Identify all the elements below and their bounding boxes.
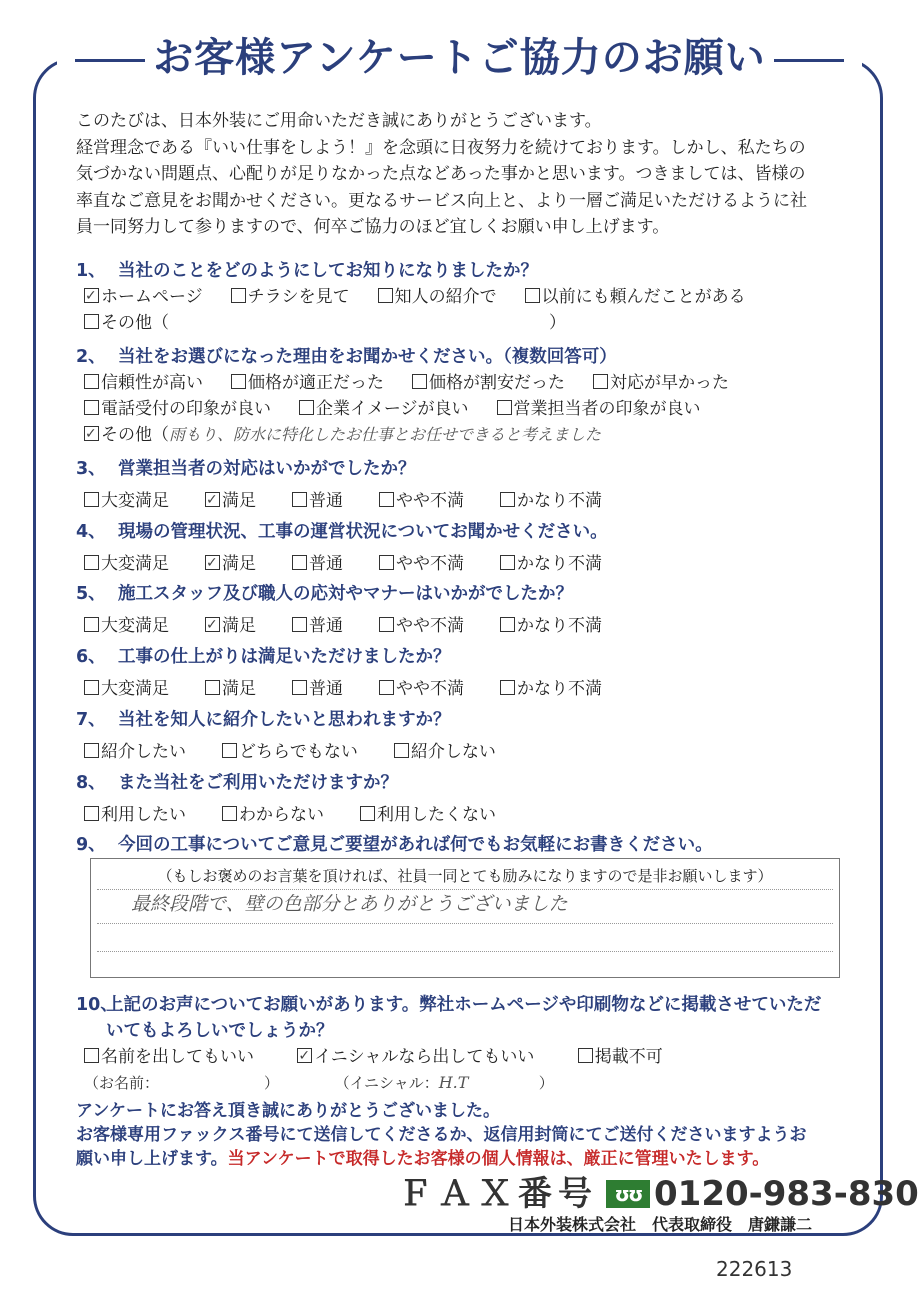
checkbox[interactable]: [379, 492, 394, 507]
comment-handwritten: 最終段階で、壁の色部分とありがとうございました: [131, 889, 568, 916]
options-row: 大変満足満足普通やや不満かなり不満: [76, 670, 866, 702]
fax-number: ＦＡＸ番号ʊʊ0120-983-830: [398, 1166, 919, 1215]
name-label: （お名前：: [84, 1074, 159, 1092]
checkbox[interactable]: [205, 680, 220, 695]
checkbox[interactable]: [84, 374, 99, 389]
option[interactable]: 満足: [205, 551, 256, 577]
option[interactable]: 普通: [292, 613, 343, 639]
options-row: 利用したいわからない利用したくない: [76, 796, 866, 828]
initial-field[interactable]: H.T: [439, 1070, 539, 1096]
question-5: 5、施工スタッフ及び職人の応対やマナーはいかがでしたか？大変満足満足普通やや不満…: [76, 581, 866, 639]
comment-line: [97, 923, 833, 924]
checkbox[interactable]: [84, 492, 99, 507]
option[interactable]: 普通: [292, 488, 343, 514]
options-row: その他（雨もり、防水に特化したお仕事とお任せできると考えました: [76, 422, 866, 448]
checkbox[interactable]: [412, 374, 427, 389]
option[interactable]: 満足: [205, 488, 256, 514]
company-signature: 日本外装株式会社 代表取締役 唐鎌謙二: [508, 1212, 812, 1235]
option[interactable]: チラシを見て: [231, 284, 350, 310]
options-row: 大変満足満足普通やや不満かなり不満: [76, 482, 866, 514]
option[interactable]: 紹介しない: [394, 739, 496, 765]
fax-phone[interactable]: 0120-983-830: [654, 1174, 919, 1214]
option[interactable]: 大変満足: [84, 676, 169, 702]
initial-label: （イニシャル：: [335, 1074, 439, 1092]
checkbox[interactable]: [222, 743, 237, 758]
option[interactable]: やや不満: [379, 613, 464, 639]
checkbox[interactable]: [394, 743, 409, 758]
option[interactable]: その他（）: [84, 310, 566, 336]
options-row: その他（）: [76, 310, 866, 336]
page-title: お客様アンケートご協力のお願い: [153, 35, 766, 81]
checkbox[interactable]: [578, 1048, 593, 1063]
option[interactable]: 大変満足: [84, 613, 169, 639]
option[interactable]: 対応が早かった: [593, 370, 729, 396]
option[interactable]: 信頼性が高い: [84, 370, 203, 396]
option[interactable]: かなり不満: [500, 488, 602, 514]
options-row: 大変満足満足普通やや不満かなり不満: [76, 607, 866, 639]
option[interactable]: かなり不満: [500, 551, 602, 577]
options-row: ホームページチラシを見て知人の紹介で以前にも頼んだことがある: [76, 284, 866, 310]
question-2: 2、当社をお選びになった理由をお聞かせください。（複数回答可）信頼性が高い価格が…: [76, 344, 866, 448]
checkbox[interactable]: [84, 555, 99, 570]
comment-line: [97, 951, 833, 952]
handwritten-answer: 雨もり、防水に特化したお仕事とお任せできると考えました: [169, 425, 601, 444]
option[interactable]: 知人の紹介で: [378, 284, 497, 310]
option[interactable]: やや不満: [379, 488, 464, 514]
checkbox[interactable]: [379, 680, 394, 695]
option[interactable]: 利用したい: [84, 802, 186, 828]
comment-box[interactable]: （もしお褒めのお言葉を頂ければ、社員一同とても励みになりますので是非お願いします…: [90, 858, 840, 978]
checkbox[interactable]: [292, 617, 307, 632]
option[interactable]: どちらでもない: [222, 739, 358, 765]
checkbox[interactable]: [360, 806, 375, 821]
option[interactable]: わからない: [222, 802, 324, 828]
checkbox[interactable]: [500, 492, 515, 507]
checkbox-checked[interactable]: [205, 617, 220, 632]
title-dash-left: [75, 59, 145, 62]
option[interactable]: 普通: [292, 551, 343, 577]
question-6: 6、工事の仕上がりは満足いただけましたか？大変満足満足普通やや不満かなり不満: [76, 644, 866, 702]
checkbox-checked[interactable]: [84, 288, 99, 303]
option[interactable]: 紹介したい: [84, 739, 186, 765]
checkbox-checked[interactable]: [205, 555, 220, 570]
freedial-icon: ʊʊ: [606, 1180, 650, 1208]
checkbox[interactable]: [292, 492, 307, 507]
checkbox[interactable]: [500, 617, 515, 632]
option[interactable]: かなり不満: [500, 613, 602, 639]
footer-text: アンケートにお答え頂き誠にありがとうございました。 お客様専用ファックス番号にて…: [76, 1099, 866, 1171]
checkbox[interactable]: [84, 743, 99, 758]
q10-options: 名前を出してもいい イニシャルなら出してもいい 掲載不可: [76, 1044, 866, 1070]
checkbox[interactable]: [299, 400, 314, 415]
intro-text: このたびは、日本外装にご用命いただき誠にありがとうございます。 経営理念である『…: [76, 108, 856, 241]
question-10: 10、上記のお声についてお願いがあります。弊社ホームページや印刷物などに掲載させ…: [76, 992, 866, 1096]
option[interactable]: 満足: [205, 676, 256, 702]
fax-label: ＦＡＸ番号: [398, 1174, 598, 1214]
options-row: 紹介したいどちらでもない紹介しない: [76, 733, 866, 765]
option[interactable]: 普通: [292, 676, 343, 702]
option[interactable]: 利用したくない: [360, 802, 496, 828]
options-row: 大変満足満足普通やや不満かなり不満: [76, 545, 866, 577]
question-3: 3、営業担当者の対応はいかがでしたか？大変満足満足普通やや不満かなり不満: [76, 456, 866, 514]
checkbox[interactable]: [231, 374, 246, 389]
option[interactable]: 営業担当者の印象が良い: [497, 396, 701, 422]
checkbox[interactable]: [84, 617, 99, 632]
option[interactable]: 電話受付の印象が良い: [84, 396, 271, 422]
checkbox[interactable]: [84, 680, 99, 695]
comment-hint: （もしお褒めのお言葉を頂ければ、社員一同とても励みになりますので是非お願いします…: [91, 865, 839, 886]
option-name-ok[interactable]: 名前を出してもいい: [84, 1044, 254, 1070]
option[interactable]: 価格が適正だった: [231, 370, 384, 396]
question-4: 4、現場の管理状況、工事の運営状況についてお聞かせください。大変満足満足普通やや…: [76, 519, 866, 577]
question-8: 8、また当社をご利用いただけますか？利用したいわからない利用したくない: [76, 770, 866, 828]
checkbox[interactable]: [497, 400, 512, 415]
question-9: 9、今回の工事についてご意見ご要望があれば何でもお気軽にお書きください。: [76, 832, 866, 858]
checkbox[interactable]: [231, 288, 246, 303]
option[interactable]: 価格が割安だった: [412, 370, 565, 396]
checkbox-checked[interactable]: [297, 1048, 312, 1063]
question-7: 7、当社を知人に紹介したいと思われますか？紹介したいどちらでもない紹介しない: [76, 707, 866, 765]
option-initial-ok[interactable]: イニシャルなら出してもいい: [297, 1044, 534, 1070]
checkbox[interactable]: [500, 680, 515, 695]
option[interactable]: 企業イメージが良い: [299, 396, 469, 422]
option[interactable]: かなり不満: [500, 676, 602, 702]
checkbox-checked[interactable]: [205, 492, 220, 507]
checkbox[interactable]: [500, 555, 515, 570]
checkbox[interactable]: [84, 314, 99, 329]
option[interactable]: その他（雨もり、防水に特化したお仕事とお任せできると考えました: [84, 422, 601, 448]
checkbox[interactable]: [84, 400, 99, 415]
checkbox[interactable]: [593, 374, 608, 389]
checkbox[interactable]: [378, 288, 393, 303]
checkbox[interactable]: [379, 555, 394, 570]
option[interactable]: やや不満: [379, 551, 464, 577]
checkbox[interactable]: [379, 617, 394, 632]
checkbox[interactable]: [292, 555, 307, 570]
option[interactable]: やや不満: [379, 676, 464, 702]
option[interactable]: 以前にも頼んだことがある: [525, 284, 746, 310]
option[interactable]: 大変満足: [84, 488, 169, 514]
option[interactable]: ホームページ: [84, 284, 203, 310]
checkbox-checked[interactable]: [84, 426, 99, 441]
options-row: 電話受付の印象が良い企業イメージが良い営業担当者の印象が良い: [76, 396, 866, 422]
option-no-publish[interactable]: 掲載不可: [578, 1044, 663, 1070]
option[interactable]: 大変満足: [84, 551, 169, 577]
option[interactable]: 満足: [205, 613, 256, 639]
checkbox[interactable]: [292, 680, 307, 695]
title-bar: お客様アンケートご協力のお願い: [0, 30, 919, 86]
checkbox[interactable]: [84, 806, 99, 821]
document-code: 222613: [716, 1257, 792, 1281]
checkbox[interactable]: [84, 1048, 99, 1063]
options-row: 信頼性が高い価格が適正だった価格が割安だった対応が早かった: [76, 370, 866, 396]
checkbox[interactable]: [222, 806, 237, 821]
title-dash-right: [774, 59, 844, 62]
checkbox[interactable]: [525, 288, 540, 303]
question-1: 1、当社のことをどのようにしてお知りになりましたか？ホームページチラシを見て知人…: [76, 258, 866, 336]
